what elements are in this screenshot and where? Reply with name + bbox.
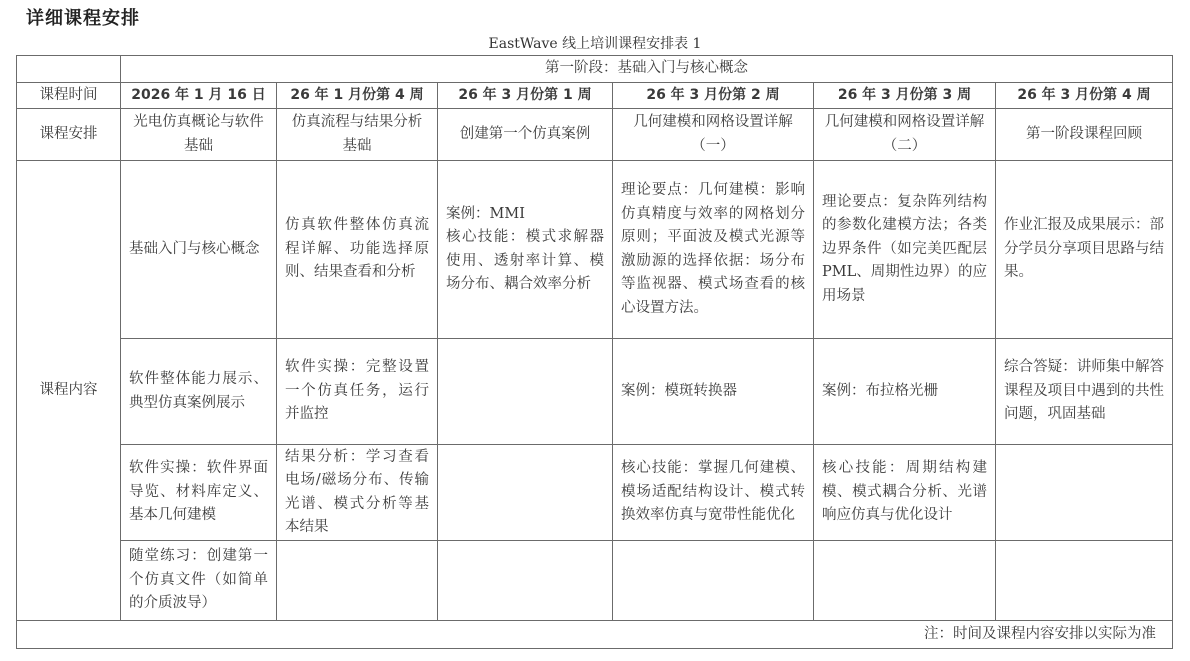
content-cell: 理论要点：几何建模：影响仿真精度与效率的网格划分原则；平面波及模式光源等激励源的… (613, 161, 814, 339)
topic-cell: 几何建模和网格设置详解（二） (814, 109, 996, 161)
content-cell: 随堂练习：创建第一个仿真文件（如简单的介质波导） (121, 541, 277, 621)
row-label-time: 课程时间 (17, 83, 121, 109)
row-label-arrangement: 课程安排 (17, 109, 121, 161)
stage-title: 第一阶段：基础入门与核心概念 (121, 56, 1173, 83)
topic-cell: 第一阶段课程回顾 (996, 109, 1173, 161)
time-row: 课程时间 2026 年 1 月 16 日 26 年 1 月份第 4 周 26 年… (17, 83, 1173, 109)
time-cell: 26 年 3 月份第 2 周 (613, 83, 814, 109)
content-cell: 仿真软件整体仿真流程详解、功能选择原则、结果查看和分析 (277, 161, 438, 339)
arrangement-row: 课程安排 光电仿真概论与软件基础 仿真流程与结果分析基础 创建第一个仿真案例 几… (17, 109, 1173, 161)
time-cell: 26 年 3 月份第 4 周 (996, 83, 1173, 109)
content-cell (438, 445, 613, 541)
topic-cell: 仿真流程与结果分析基础 (277, 109, 438, 161)
content-cell (438, 339, 613, 445)
content-cell: 软件实操：软件界面导览、材料库定义、基本几何建模 (121, 445, 277, 541)
content-cell (277, 541, 438, 621)
content-row-2: 软件整体能力展示、典型仿真案例展示 软件实操：完整设置一个仿真任务，运行并监控 … (17, 339, 1173, 445)
content-cell: 结果分析：学习查看电场/磁场分布、传输光谱、模式分析等基本结果 (277, 445, 438, 541)
content-cell: 核心技能：周期结构建模、模式耦合分析、光谱响应仿真与优化设计 (814, 445, 996, 541)
footnote: 注：时间及课程内容安排以实际为准 (17, 621, 1173, 649)
stage-row: 第一阶段：基础入门与核心概念 (17, 56, 1173, 83)
time-cell: 2026 年 1 月 16 日 (121, 83, 277, 109)
content-cell: 案例：模斑转换器 (613, 339, 814, 445)
content-cell: 案例：MMI 核心技能：模式求解器使用、透射率计算、模场分布、耦合效率分析 (438, 161, 613, 339)
time-cell: 26 年 3 月份第 3 周 (814, 83, 996, 109)
content-cell: 基础入门与核心概念 (121, 161, 277, 339)
content-cell: 软件实操：完整设置一个仿真任务，运行并监控 (277, 339, 438, 445)
content-row-4: 随堂练习：创建第一个仿真文件（如简单的介质波导） (17, 541, 1173, 621)
content-cell (613, 541, 814, 621)
content-cell: 作业汇报及成果展示：部分学员分享项目思路与结果。 (996, 161, 1173, 339)
content-cell (996, 445, 1173, 541)
row-label-content: 课程内容 (17, 161, 121, 621)
content-cell: 综合答疑：讲师集中解答课程及项目中遇到的共性问题，巩固基础 (996, 339, 1173, 445)
content-row-1: 课程内容 基础入门与核心概念 仿真软件整体仿真流程详解、功能选择原则、结果查看和… (17, 161, 1173, 339)
topic-cell: 几何建模和网格设置详解（一） (613, 109, 814, 161)
time-cell: 26 年 1 月份第 4 周 (277, 83, 438, 109)
content-row-3: 软件实操：软件界面导览、材料库定义、基本几何建模 结果分析：学习查看电场/磁场分… (17, 445, 1173, 541)
table-caption: EastWave 线上培训课程安排表 1 (0, 33, 1190, 53)
topic-cell: 创建第一个仿真案例 (438, 109, 613, 161)
time-cell: 26 年 3 月份第 1 周 (438, 83, 613, 109)
content-cell: 理论要点：复杂阵列结构的参数化建模方法；各类边界条件（如完美匹配层 PML、周期… (814, 161, 996, 339)
content-cell: 软件整体能力展示、典型仿真案例展示 (121, 339, 277, 445)
content-cell: 核心技能：掌握几何建模、模场适配结构设计、模式转换效率仿真与宽带性能优化 (613, 445, 814, 541)
footnote-row: 注：时间及课程内容安排以实际为准 (17, 621, 1173, 649)
content-cell (996, 541, 1173, 621)
content-cell: 案例：布拉格光栅 (814, 339, 996, 445)
content-cell (438, 541, 613, 621)
empty-corner-cell (17, 56, 121, 83)
topic-cell: 光电仿真概论与软件基础 (121, 109, 277, 161)
course-schedule-table: 第一阶段：基础入门与核心概念 课程时间 2026 年 1 月 16 日 26 年… (16, 55, 1173, 649)
section-heading: 详细课程安排 (26, 4, 140, 30)
content-cell (814, 541, 996, 621)
